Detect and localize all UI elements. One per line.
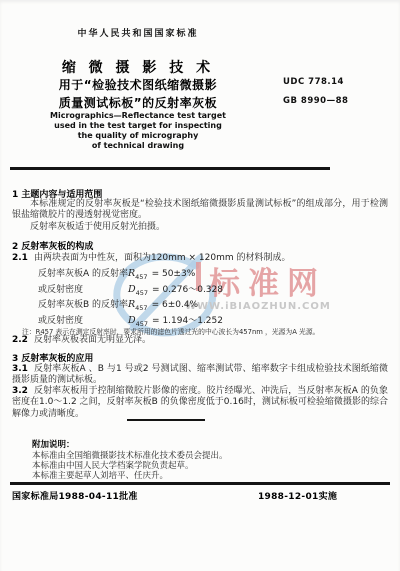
national-standard-header: 中华人民共和国国家标准	[0, 26, 276, 39]
formula-value: = 50±3%	[152, 269, 196, 279]
section-1-paragraph-2: 反射率灰板适于使用反射光拍摄。	[12, 222, 388, 233]
clause-text: 反射率灰板表面无明显光泽。	[34, 335, 151, 345]
clause-3-2: 3.2反射率灰板用于控制缩微胶片影像的密度。胶片经曝光、冲洗后，当反射率灰板A …	[12, 386, 388, 420]
footer-divider	[10, 482, 390, 485]
title-en-line3: the quality of micrography	[0, 131, 276, 141]
clause-text: 反射率灰板A 、B 与1 号或2 号测试图、缩率测试带、缩率数字卡组成检验技术图…	[12, 364, 388, 385]
formula-value: = 1.194～1.252	[152, 316, 223, 326]
title-en-line1: Micrographics—Reflectance test target	[0, 111, 276, 121]
spec-row-b-reflectance: 反射率灰板B 的反射率R457= 6±0.4%	[38, 297, 223, 313]
title-cn-line1: 缩 微 摄 影 技 术	[0, 57, 276, 77]
clause-3-1: 3.1反射率灰板A 、B 与1 号或2 号测试图、缩率测试带、缩率数字卡组成检验…	[12, 364, 388, 387]
clause-text: 由两块表面为中性灰，面积为120mm × 120mm 的材料制成。	[34, 253, 291, 263]
section-1-paragraph-1: 本标准规定的反射率灰板是“检验技术图纸缩微摄影质量测试标板”的组成部分，用于检测…	[12, 199, 388, 222]
spec-label: 反射率灰板B 的反射率	[38, 297, 128, 310]
spec-row-a-density: 或反射密度D457= 0.276～0.328	[38, 282, 223, 298]
formula-value: = 0.276～0.328	[152, 285, 223, 295]
clause-2-2: 2.2反射率灰板表面无明显光泽。	[12, 335, 388, 346]
appendix-line-drafters: 本标准主要起草人刘培平、任庆升。	[32, 469, 168, 481]
standard-number: GB 8990—88	[283, 96, 348, 106]
clause-2-1: 2.1由两块表面为中性灰，面积为120mm × 120mm 的材料制成。	[12, 253, 388, 264]
section-3-heading: 3 反射率灰板的应用	[12, 351, 93, 364]
spec-formula: R457= 6±0.4%	[128, 300, 198, 310]
formula-value: = 6±0.4%	[152, 300, 199, 310]
formula-subscript: 457	[136, 288, 148, 296]
title-cn-line3: 质量测试标板”的反射率灰板	[0, 94, 276, 111]
title-en-line2: used in the test target for inspecting	[0, 121, 276, 131]
formula-subscript: 457	[135, 273, 147, 281]
clause-number: 3.1	[12, 364, 28, 374]
document-page: 标准网 WWW.iBIAOZHUN.COM 中华人民共和国国家标准 缩 微 摄 …	[0, 0, 400, 571]
end-of-text-divider	[127, 419, 205, 421]
clause-number: 3.2	[12, 386, 28, 396]
udc-number: UDC 778.14	[283, 77, 344, 87]
implementation-date: 1988-12-01实施	[258, 489, 337, 502]
spec-formula: D457= 0.276～0.328	[128, 285, 223, 295]
title-cn-line2: 用于“检验技术图纸缩微摄影	[0, 76, 276, 93]
clause-number: 2.2	[12, 335, 28, 345]
watermark-site-name: 标准网	[209, 258, 326, 303]
spec-formula: R457= 50±3%	[128, 269, 195, 279]
clause-text: 反射率灰板用于控制缩微胶片影像的密度。胶片经曝光、冲洗后，当反射率灰板A 的负象…	[12, 386, 388, 419]
spec-label: 反射率灰板A 的反射率	[38, 266, 128, 279]
formula-subscript: 457	[135, 304, 147, 312]
approval-info: 国家标准局1988-04-11批准	[12, 489, 138, 502]
reflectance-spec-table: 反射率灰板A 的反射率R457= 50±3% 或反射密度D457= 0.276～…	[38, 266, 223, 329]
formula-symbol: D	[128, 284, 136, 295]
header-divider	[10, 167, 330, 170]
title-en-line4: of technical drawing	[0, 141, 276, 151]
formula-symbol: D	[128, 315, 136, 326]
spec-row-a-reflectance: 反射率灰板A 的反射率R457= 50±3%	[38, 266, 223, 282]
title-english: Micrographics—Reflectance test target us…	[0, 111, 276, 151]
spec-label: 或反射密度	[38, 313, 128, 326]
section-2-heading: 2 反射率灰板的构成	[12, 239, 93, 252]
spec-formula: D457= 1.194～1.252	[128, 316, 223, 326]
clause-number: 2.1	[12, 253, 28, 263]
spec-label: 或反射密度	[38, 282, 128, 295]
